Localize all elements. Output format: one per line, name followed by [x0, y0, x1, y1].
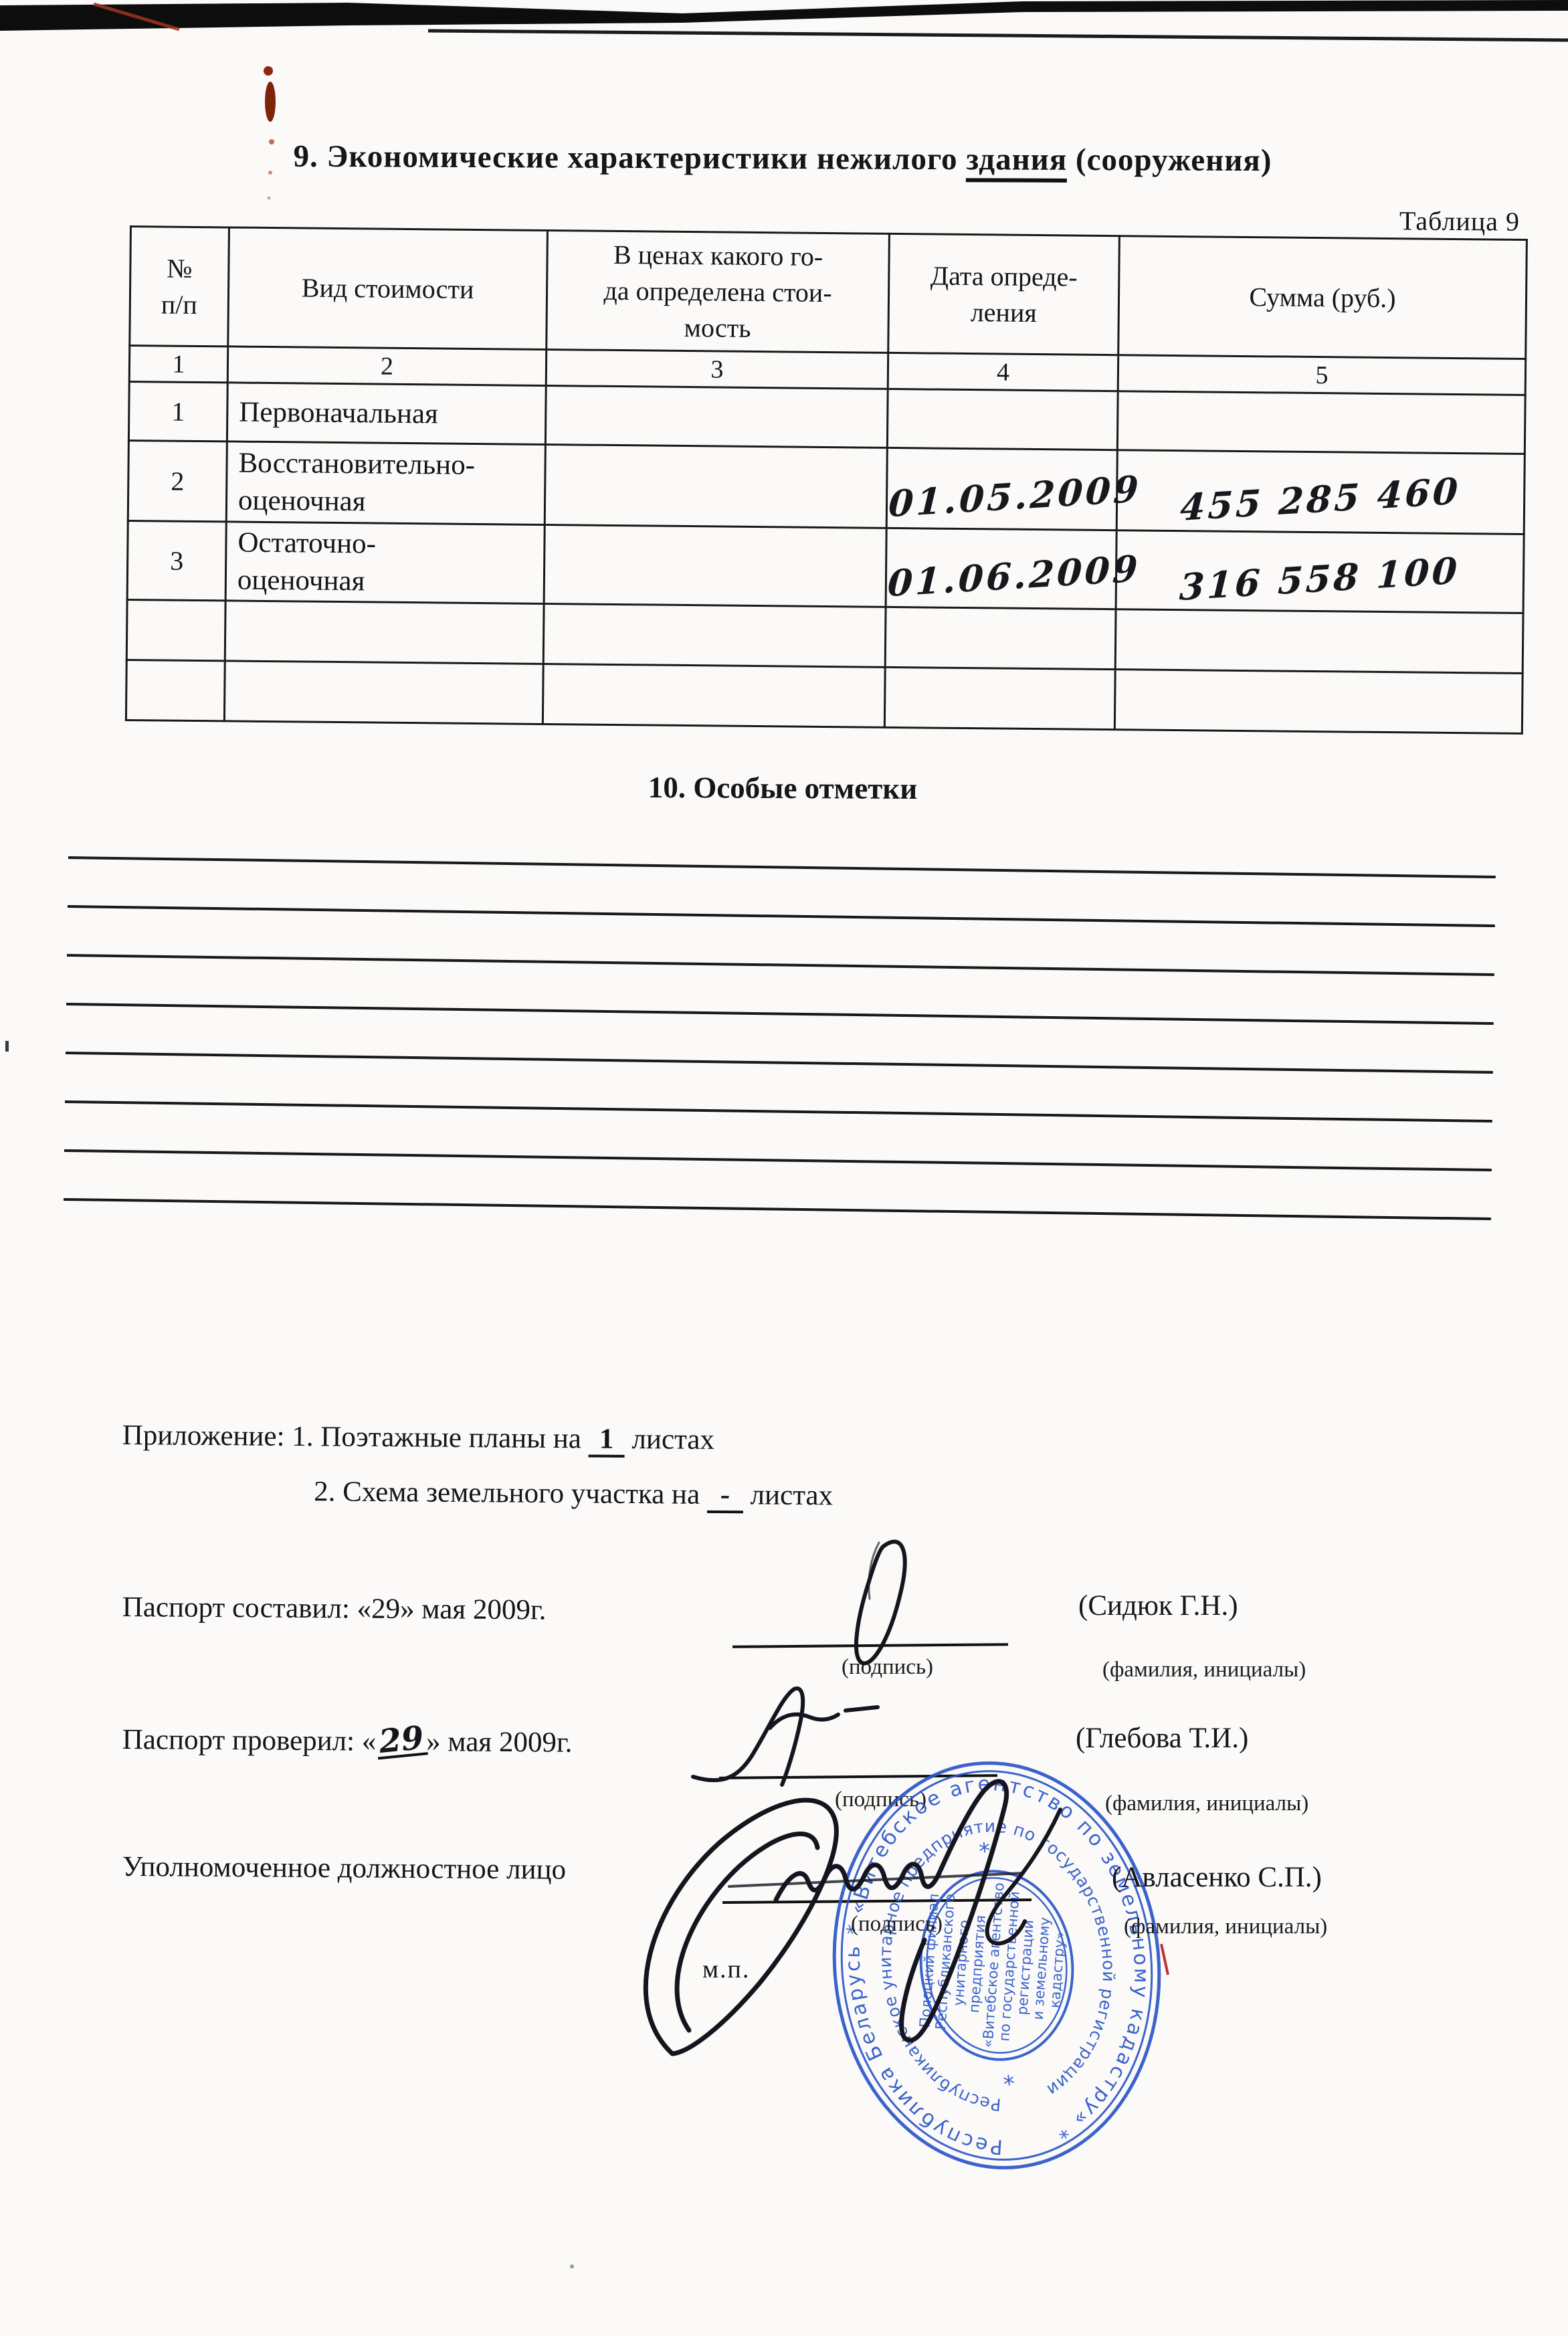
scanner-edge-line	[428, 31, 1568, 40]
stamp-center-text: Полоцкий филиал Республиканского унитарн…	[916, 1878, 1072, 2053]
header-date: Дата опреде- ления	[888, 233, 1120, 355]
appendix-item1-value: 1	[589, 1424, 625, 1457]
section-9-title-suffix: (сооружения)	[1067, 142, 1272, 178]
signature-caption: (подпись)	[842, 1655, 933, 1680]
appendix-item2-prefix: 2. Схема земельного участка на	[314, 1476, 700, 1511]
row-num: 3	[127, 520, 226, 600]
authorized-name: (Авласенко С.П.)	[1112, 1861, 1322, 1894]
header-num: № п/п	[130, 227, 229, 347]
row-year	[543, 603, 886, 667]
checked-name: (Глебова Т.И.)	[1076, 1722, 1248, 1755]
handwritten-date: 01.06.2009	[887, 547, 1141, 605]
stamp-asterisk-top: *	[978, 1838, 992, 1866]
row-date	[885, 607, 1116, 669]
colnum-5: 5	[1118, 355, 1525, 395]
economic-characteristics-table: № п/п Вид стоимости В ценах какого го- д…	[125, 225, 1528, 735]
colnum-2: 2	[227, 347, 546, 386]
stamp-asterisk-bottom: *	[1002, 2070, 1016, 2099]
authorized-official-label: Уполномоченное должностное лицо	[122, 1850, 567, 1886]
stamp-place-label: м.п.	[702, 1955, 750, 1984]
table-row: 3 Остаточно- оценочная 01.06.2009 316 55…	[127, 520, 1524, 613]
name-caption: (фамилия, инициалы)	[1105, 1791, 1308, 1816]
name-caption: (фамилия, инициалы)	[1102, 1658, 1306, 1682]
row-num	[126, 660, 225, 720]
row-label: Первоначальная	[227, 383, 546, 445]
svg-text:по государственной: по государственной	[996, 1890, 1023, 2042]
appendix-item2-value: -	[707, 1480, 743, 1513]
row-date	[884, 667, 1115, 729]
blank-line	[66, 1052, 1493, 1074]
svg-text:регистрации: регистрации	[1014, 1919, 1037, 2016]
signature-caption: (подпись)	[851, 1912, 943, 1937]
row-num: 1	[128, 382, 227, 442]
signature-line-checked	[719, 1774, 997, 1779]
svg-text:«Витебское агентство: «Витебское агентство	[979, 1882, 1007, 2048]
blank-line	[68, 905, 1495, 927]
row-label	[224, 661, 543, 724]
row-year	[544, 524, 886, 607]
row-sum: 455 285 460	[1116, 450, 1525, 534]
red-ink-speck	[268, 197, 271, 200]
row-label: Остаточно- оценочная	[225, 522, 545, 604]
blank-line	[64, 1198, 1491, 1220]
appendix-line-2: 2. Схема земельного участка на - листах	[314, 1477, 833, 1514]
appendix-line-1: Приложение: 1. Поэтажные планы на 1 лист…	[122, 1421, 834, 1459]
red-tick-mark	[1161, 1944, 1168, 1975]
passport-composed-label: Паспорт составил: «29» мая 2009г.	[122, 1591, 547, 1626]
table-9-caption: Таблица 9	[1204, 203, 1520, 237]
appendix-label: Приложение:	[122, 1420, 285, 1452]
svg-text:унитарного: унитарного	[951, 1919, 973, 2006]
blank-line	[68, 856, 1496, 878]
appendix-item1-suffix: листах	[631, 1424, 714, 1456]
stamp-outer-ring-text: Республика Беларусь * «Витебское агентст…	[831, 1758, 1171, 2173]
special-notes-blank-lines	[63, 856, 1496, 1266]
row-sum: 316 558 100	[1116, 530, 1524, 613]
svg-text:и земельному: и земельному	[1030, 1917, 1054, 2020]
colnum-3: 3	[546, 349, 888, 389]
table-row-empty	[126, 660, 1523, 733]
signature-caption: (подпись)	[835, 1787, 926, 1812]
row-sum	[1117, 391, 1525, 454]
handwritten-sum: 455 285 460	[1179, 469, 1462, 529]
row-date: 01.06.2009	[886, 528, 1116, 609]
handwritten-day: 29	[375, 1723, 427, 1759]
row-sum	[1115, 609, 1523, 674]
svg-text:кадастру»: кадастру»	[1047, 1931, 1068, 2009]
handwritten-date: 01.05.2009	[888, 467, 1142, 525]
stamp-outer-ring-inner	[831, 1758, 1171, 2175]
header-price-year: В ценах какого го- да определена стои- м…	[547, 230, 890, 353]
section-9-title-underlined-word: здания	[966, 142, 1067, 183]
colnum-1: 1	[129, 346, 228, 383]
scanned-passport-page: 9. Экономические характеристики нежилого…	[0, 0, 1568, 2336]
row-sum	[1114, 670, 1523, 734]
signature-checked	[693, 1688, 878, 1785]
scanner-edge-band	[0, 0, 1568, 31]
blank-line	[67, 954, 1494, 976]
blank-line	[64, 1149, 1492, 1171]
red-scan-streak	[94, 4, 179, 29]
red-ink-blot	[265, 82, 276, 122]
checked-label-prefix: Паспорт проверил: «	[122, 1724, 377, 1757]
section-10-title: 10. Особые отметки	[80, 767, 1485, 809]
name-caption: (фамилия, инициалы)	[1124, 1915, 1327, 1939]
table-row: 2 Восстановительно- оценочная 01.05.2009…	[128, 440, 1525, 534]
stamp-middle-ring-text: Республиканское унитарное предприятие по…	[861, 1804, 1133, 2126]
composed-name: (Сидюк Г.Н.)	[1078, 1589, 1238, 1622]
row-label	[225, 601, 544, 664]
stamp-inner-ring	[912, 1864, 1082, 2067]
blank-line	[65, 1100, 1492, 1123]
blank-line	[66, 1003, 1494, 1025]
passport-checked-label: Паспорт проверил: «29» мая 2009г.	[122, 1723, 573, 1759]
signature-line-composed	[732, 1643, 1008, 1648]
colnum-4: 4	[888, 353, 1118, 391]
appendix-block: Приложение: 1. Поэтажные планы на 1 лист…	[122, 1421, 834, 1514]
row-num	[126, 599, 225, 660]
section-9-title: 9. Экономические характеристики нежилого…	[80, 137, 1485, 179]
header-sum: Сумма (руб.)	[1118, 236, 1527, 359]
header-value-type: Вид стоимости	[228, 227, 548, 350]
paper-speck	[570, 2264, 574, 2268]
stamp-outer-ring	[831, 1758, 1173, 2184]
edge-speck	[5, 1041, 9, 1052]
row-year	[545, 444, 887, 528]
section-9-title-prefix: 9. Экономические характеристики нежилого	[293, 139, 966, 177]
signature-line-authorized	[722, 1899, 1032, 1904]
official-round-stamp: Республика Беларусь * «Витебское агентст…	[831, 1758, 1173, 2186]
row-num: 2	[128, 440, 227, 521]
table-header-row: № п/п Вид стоимости В ценах какого го- д…	[130, 227, 1527, 359]
checked-label-suffix: » мая 2009г.	[426, 1726, 573, 1759]
row-year	[543, 664, 885, 727]
row-date	[887, 389, 1118, 450]
appendix-item2-suffix: листах	[750, 1479, 833, 1511]
handwritten-sum: 316 558 100	[1179, 549, 1461, 609]
svg-text:предприятия: предприятия	[966, 1915, 989, 2014]
row-year	[545, 385, 888, 448]
row-label: Восстановительно- оценочная	[226, 442, 545, 525]
appendix-item1-prefix: 1. Поэтажные планы на	[292, 1421, 581, 1454]
red-ink-dot	[264, 66, 273, 76]
row-date: 01.05.2009	[886, 448, 1117, 530]
